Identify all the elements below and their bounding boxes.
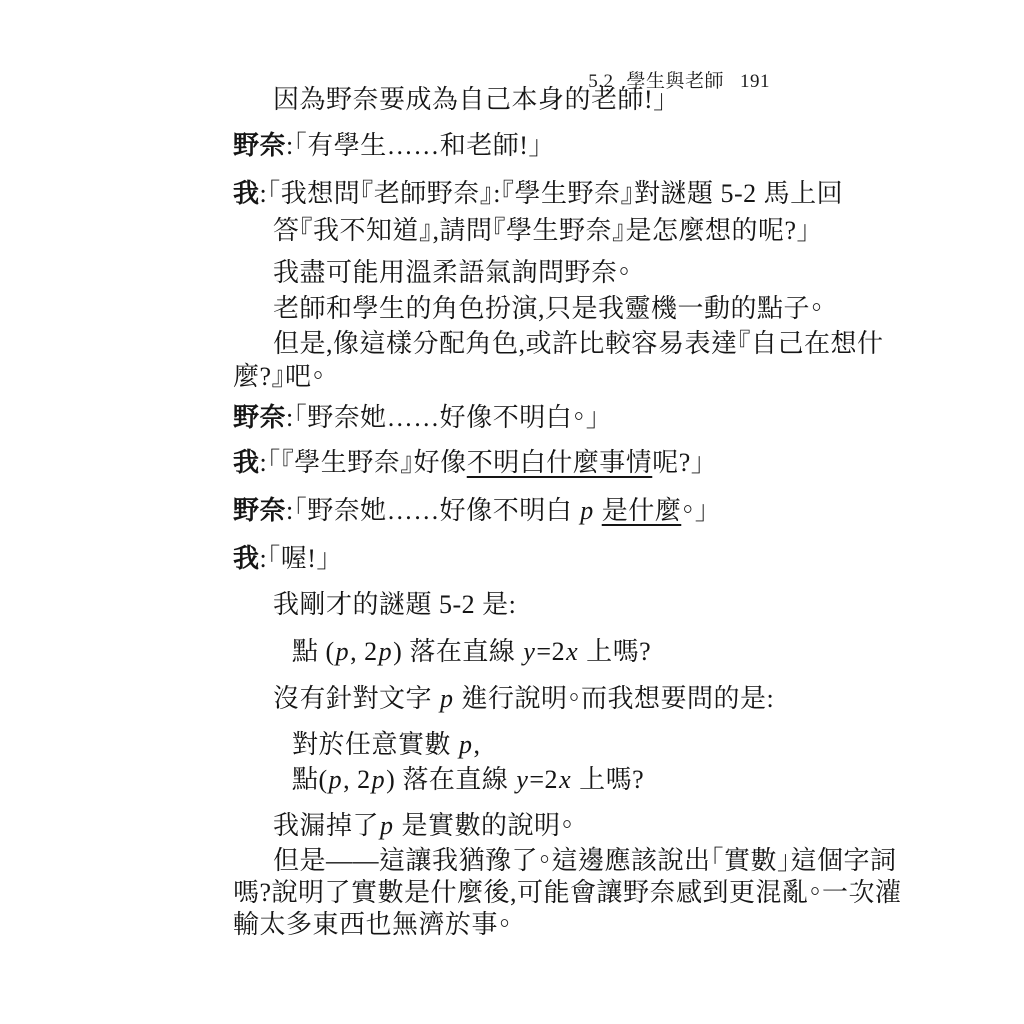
text-line: 野奈:「有學生……和老師!」 — [233, 131, 542, 162]
book-page: 5.2學生與老師191 因為野奈要成為自己本身的老師!」野奈:「有學生……和老師… — [0, 0, 1024, 1024]
math-variable: p — [439, 684, 455, 713]
text-segment: 。」 — [681, 496, 708, 525]
text-segment: :「我想問『老師野奈』:『學生野奈』對謎題 5-2 馬上回 — [260, 179, 844, 208]
text-segment: , 2 — [343, 765, 371, 794]
text-segment: 我漏掉了 — [273, 811, 379, 840]
text-segment: :「喔!」 — [260, 544, 330, 573]
speaker-name: 野奈 — [233, 131, 286, 160]
text-segment: ) 落在直線 — [393, 637, 522, 666]
text-line: 我:「喔!」 — [233, 544, 330, 575]
text-segment: 呢?」 — [652, 448, 704, 477]
speaker-name: 野奈 — [233, 496, 286, 525]
text-line: 但是——這讓我猶豫了。這邊應該說出「實數」這個字詞 — [273, 846, 897, 877]
math-variable: x — [558, 765, 572, 794]
text-segment: 我盡可能用溫柔語氣詢問野奈。 — [273, 258, 631, 287]
text-segment: 麼?』吧。 — [233, 362, 325, 391]
text-segment: 因為野奈要成為自己本身的老師!」 — [273, 85, 667, 114]
text-line: 野奈:「野奈她……好像不明白 p 是什麼。」 — [233, 496, 708, 527]
math-variable: y — [515, 765, 529, 794]
text-line: 野奈:「野奈她……好像不明白。」 — [233, 403, 599, 434]
text-line: 因為野奈要成為自己本身的老師!」 — [273, 85, 667, 116]
text-line: 我:「『學生野奈』好像不明白什麼事情呢?」 — [233, 448, 704, 479]
text-line: 我漏掉了p 是實數的說明。 — [273, 811, 574, 842]
text-segment: :「野奈她……好像不明白。」 — [286, 403, 599, 432]
text-segment: 沒有針對文字 — [273, 684, 439, 713]
text-segment: 但是,像這樣分配角色,或許比較容易表達『自己在想什 — [273, 329, 884, 358]
text-line: 麼?』吧。 — [233, 362, 325, 393]
math-variable: p — [579, 496, 595, 525]
text-line: 我剛才的謎題 5-2 是: — [273, 590, 516, 621]
text-segment: 嗎?說明了實數是什麼後,可能會讓野奈感到更混亂。一次灌 — [233, 878, 902, 907]
text-line: 我:「我想問『老師野奈』:『學生野奈』對謎題 5-2 馬上回 — [233, 179, 843, 210]
math-variable: y — [522, 637, 536, 666]
text-segment: 輸太多東西也無濟於事。 — [233, 910, 512, 939]
math-variable: p — [458, 730, 474, 759]
text-line: 我盡可能用溫柔語氣詢問野奈。 — [273, 258, 631, 289]
math-variable: p — [379, 811, 395, 840]
text-segment: 我剛才的謎題 5-2 是: — [273, 590, 516, 619]
text-segment: :「有學生……和老師!」 — [286, 131, 542, 160]
text-line: 對於任意實數 p, — [292, 730, 481, 761]
text-segment: 點( — [292, 765, 328, 794]
text-segment: , 2 — [350, 637, 378, 666]
speaker-name: 我 — [233, 544, 260, 573]
math-variable: p — [328, 765, 344, 794]
text-segment: 上嗎? — [579, 637, 651, 666]
text-line: 但是,像這樣分配角色,或許比較容易表達『自己在想什 — [273, 329, 884, 360]
text-line: 老師和學生的角色扮演,只是我靈機一動的點子。 — [273, 294, 824, 325]
math-variable: x — [565, 637, 579, 666]
speaker-name: 我 — [233, 448, 260, 477]
text-segment: 但是——這讓我猶豫了。這邊應該說出「實數」這個字詞 — [273, 846, 897, 875]
text-segment: 點 ( — [292, 637, 335, 666]
speaker-name: 野奈 — [233, 403, 286, 432]
text-segment: 老師和學生的角色扮演,只是我靈機一動的點子。 — [273, 294, 824, 323]
text-line: 點(p, 2p) 落在直線 y=2x 上嗎? — [292, 765, 644, 796]
text-segment: 進行說明。而我想要問的是: — [455, 684, 775, 713]
text-segment: 2 — [552, 637, 566, 666]
text-line: 點 (p, 2p) 落在直線 y=2x 上嗎? — [292, 637, 651, 668]
text-segment — [595, 496, 602, 525]
text-segment: 是什麼 — [602, 496, 682, 525]
math-variable: p — [371, 765, 387, 794]
text-segment: = — [536, 637, 551, 666]
text-segment: :「野奈她……好像不明白 — [286, 496, 579, 525]
math-variable: p — [335, 637, 351, 666]
text-line: 輸太多東西也無濟於事。 — [233, 910, 512, 941]
text-segment: 上嗎? — [572, 765, 644, 794]
text-segment: ) 落在直線 — [386, 765, 515, 794]
text-segment: , — [474, 730, 481, 759]
text-line: 答『我不知道』,請問『學生野奈』是怎麼想的呢?」 — [273, 216, 810, 247]
text-line: 嗎?說明了實數是什麼後,可能會讓野奈感到更混亂。一次灌 — [233, 878, 902, 909]
text-segment: 是實數的說明。 — [395, 811, 575, 840]
page-number: 191 — [740, 71, 770, 92]
text-segment: 不明白什麼事情 — [467, 448, 653, 477]
text-line: 沒有針對文字 p 進行說明。而我想要問的是: — [273, 684, 774, 715]
speaker-name: 我 — [233, 179, 260, 208]
text-segment: 對於任意實數 — [292, 730, 458, 759]
text-segment: =2 — [529, 765, 558, 794]
text-segment: 答『我不知道』,請問『學生野奈』是怎麼想的呢?」 — [273, 216, 810, 245]
math-variable: p — [378, 637, 394, 666]
text-segment: :「『學生野奈』好像 — [260, 448, 467, 477]
